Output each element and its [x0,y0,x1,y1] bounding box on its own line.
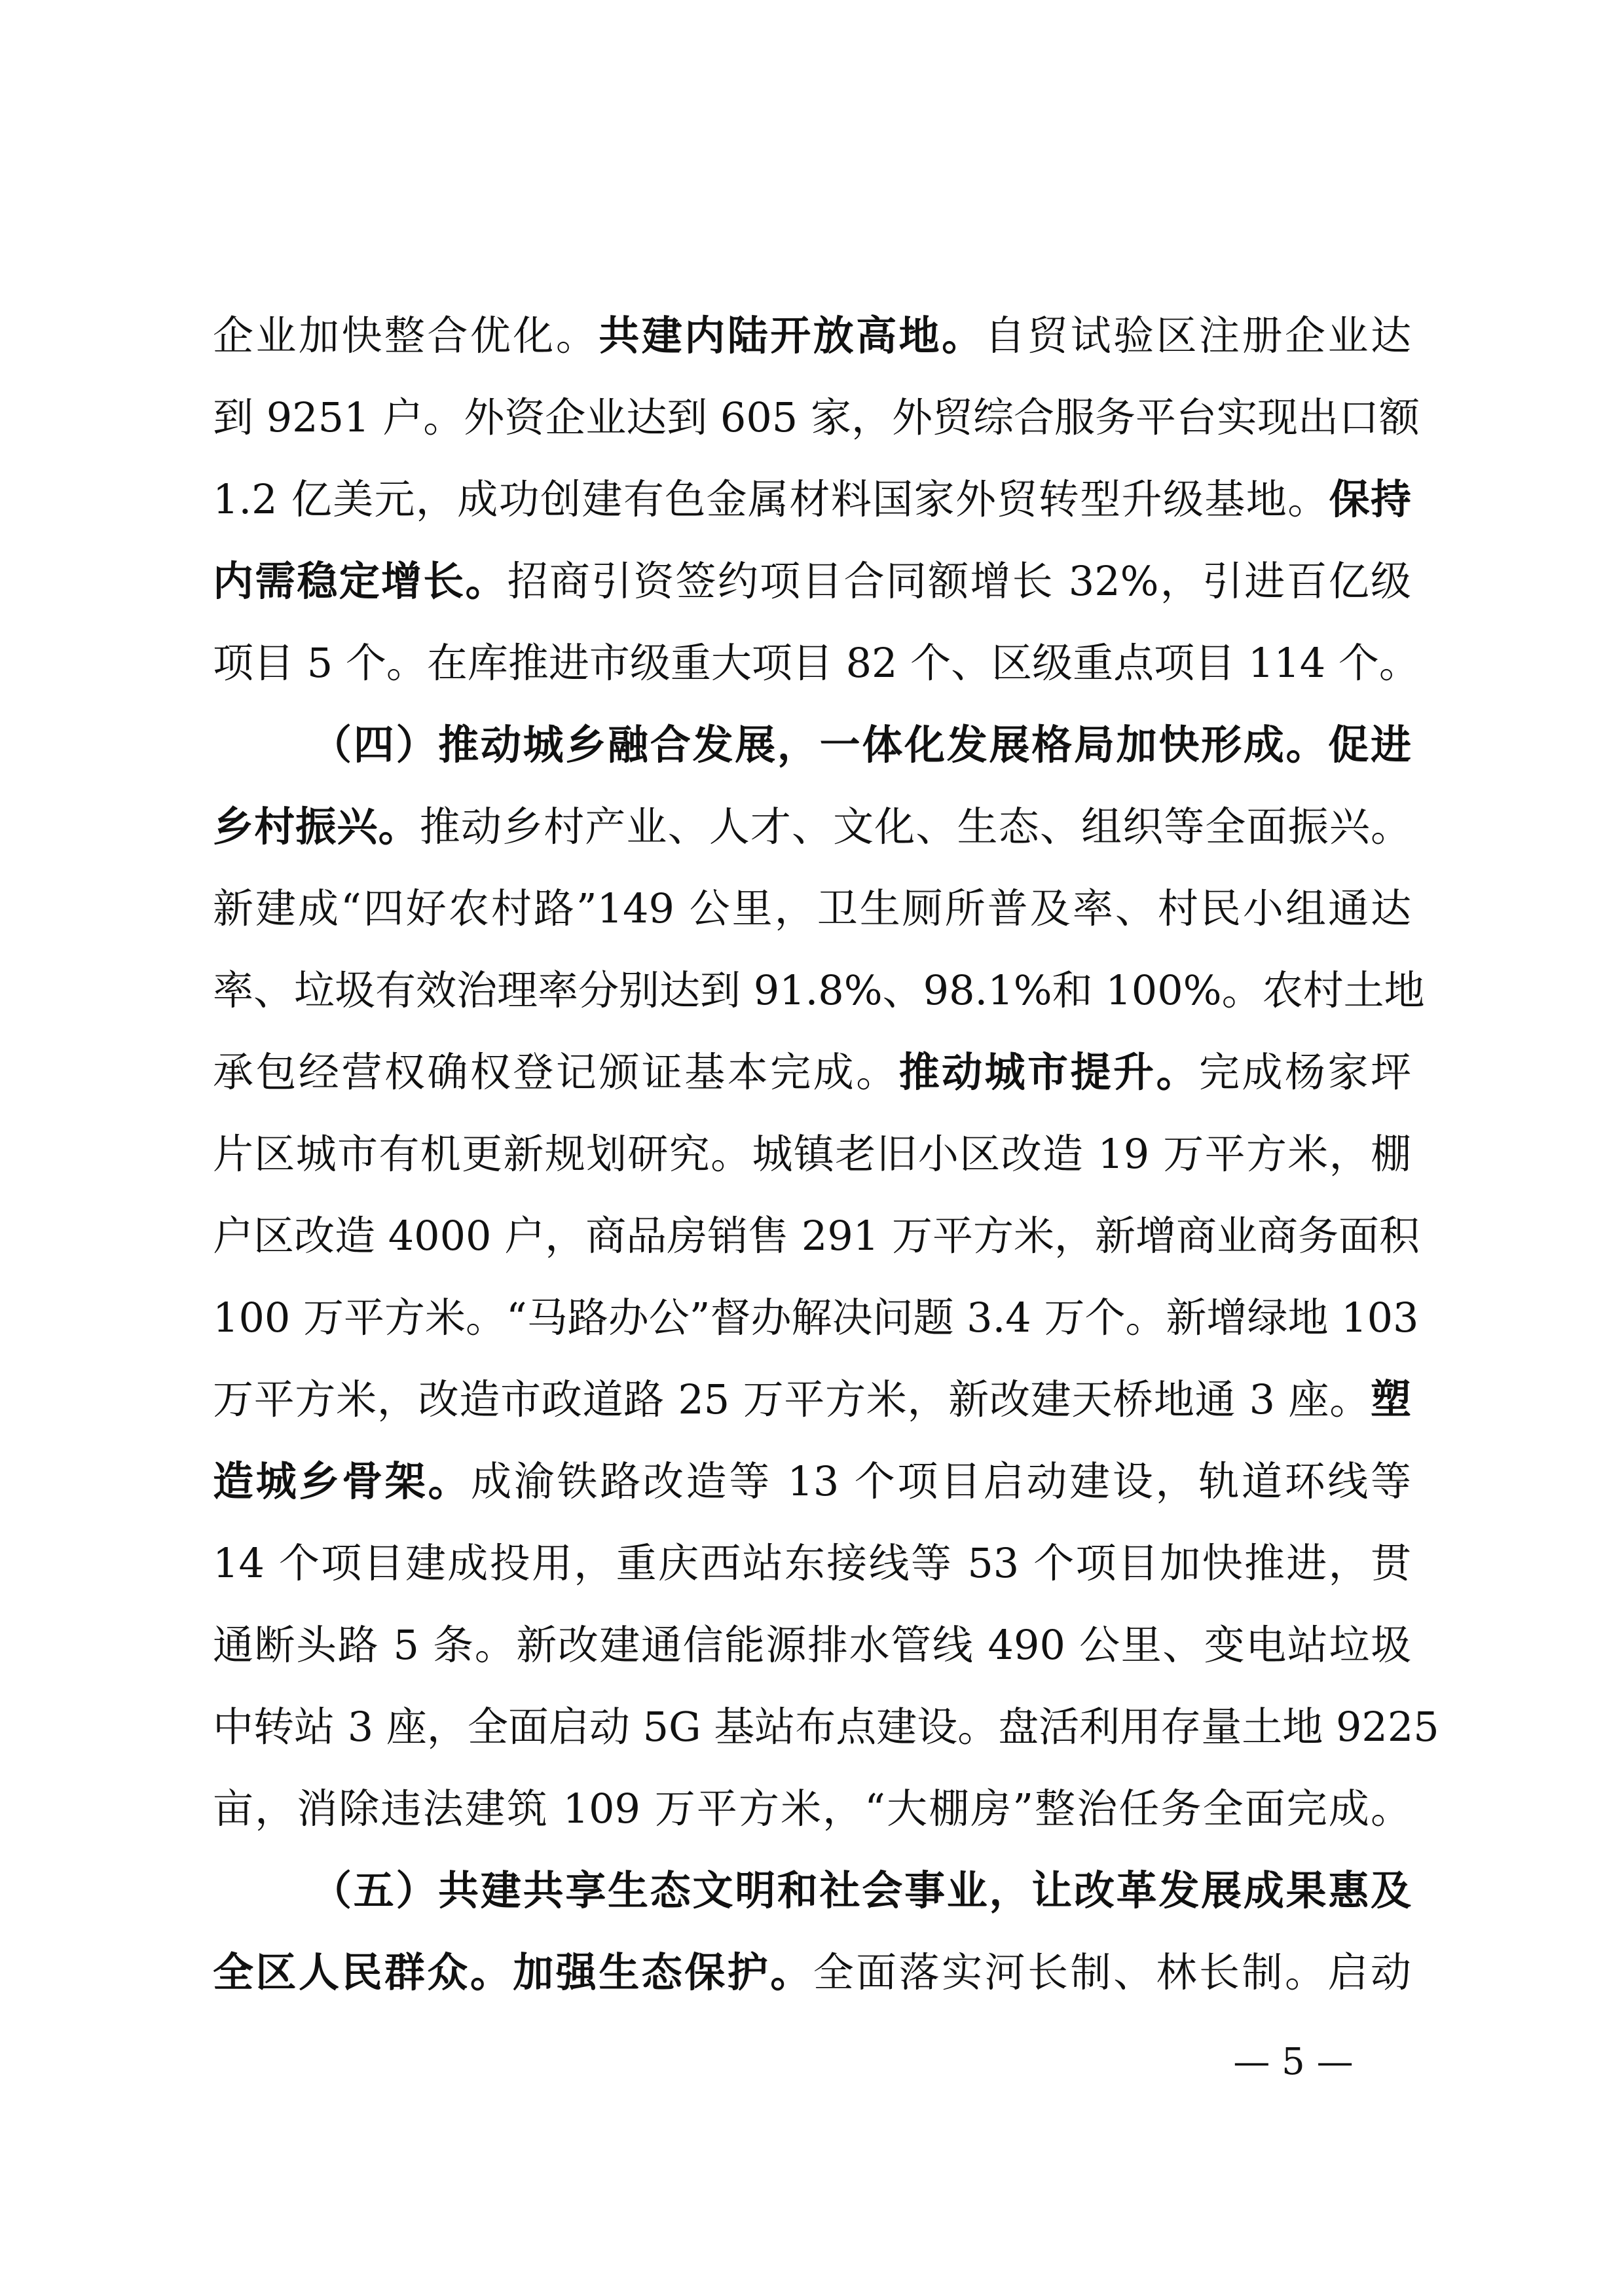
heading-inline: 造城乡骨架。 [213,1457,471,1505]
text-line-2: 到 9251 户。外资企业达到 605 家，外贸综合服务平台实现出口额 [213,376,1411,458]
text-segment: 企业加快整合优化。 [213,312,599,359]
text-segment: 新建成“四好农村路”149 公里，卫生厕所普及率、村民小组通达 [213,884,1411,932]
text-line-11: 片区城市有机更新规划研究。城镇老旧小区改造 19 万平方米，棚 [213,1113,1411,1195]
document-page: 企业加快整合优化。共建内陆开放高地。自贸试验区注册企业达 到 9251 户。外资… [0,0,1624,2296]
text-line-8: 新建成“四好农村路”149 公里，卫生厕所普及率、村民小组通达 [213,867,1411,949]
heading-inline: 推动城市提升。 [899,1048,1199,1096]
section-heading-4: （四）推动城乡融合发展，一体化发展格局加快形成。促进 [213,704,1411,786]
text-segment: 承包经营权确权登记颁证基本完成。 [213,1048,899,1096]
text-segment: 通断头路 5 条。新改建通信能源排水管线 490 公里、变电站垃圾 [213,1621,1411,1669]
text-segment: 中转站 3 座，全面启动 5G 基站布点建设。盘活利用存量土地 9225 [213,1703,1439,1751]
text-line-17: 通断头路 5 条。新改建通信能源排水管线 490 公里、变电站垃圾 [213,1604,1411,1686]
text-line-18: 中转站 3 座，全面启动 5G 基站布点建设。盘活利用存量土地 9225 [213,1686,1411,1768]
text-line-21: 全区人民群众。加强生态保护。全面落实河长制、林长制。启动 [213,1931,1411,2013]
text-segment: 招商引资签约项目合同额增长 32%，引进百亿级 [507,557,1411,605]
text-segment: 到 9251 户。外资企业达到 605 家，外贸综合服务平台实现出口额 [213,393,1420,441]
text-line-14: 万平方米，改造市政道路 25 万平方米，新改建天桥地通 3 座。塑 [213,1358,1411,1440]
section-heading-5: （五）共建共享生态文明和社会事业，让改革发展成果惠及 [213,1850,1411,1931]
text-segment: 亩，消除违法建筑 109 万平方米，“大棚房”整治任务全面完成。 [213,1785,1411,1832]
text-line-12: 户区改造 4000 户，商品房销售 291 万平方米，新增商业商务面积 [213,1195,1411,1277]
text-segment: 100 万平方米。“马路办公”督办解决问题 3.4 万个。新增绿地 103 [213,1294,1419,1341]
text-segment: 自贸试验区注册企业达 [985,312,1411,359]
text-line-19: 亩，消除违法建筑 109 万平方米，“大棚房”整治任务全面完成。 [213,1768,1411,1850]
heading-inline: 乡村振兴。 [213,803,420,850]
text-line-9: 率、垃圾有效治理率分别达到 91.8%、98.1%和 100%。农村土地 [213,949,1411,1031]
text-segment: 项目 5 个。在库推进市级重大项目 82 个、区级重点项目 114 个。 [213,639,1420,687]
text-line-16: 14 个项目建成投用，重庆西站东接线等 53 个项目加快推进，贯 [213,1522,1411,1604]
text-segment: 完成杨家坪 [1199,1048,1411,1096]
text-line-5: 项目 5 个。在库推进市级重大项目 82 个、区级重点项目 114 个。 [213,622,1411,704]
text-segment: 率、垃圾有效治理率分别达到 91.8%、98.1%和 100%。农村土地 [213,966,1425,1014]
page-number: — 5 — [1218,2036,1369,2088]
text-segment: 1.2 亿美元，成功创建有色金属材料国家外贸转型升级基地。 [213,475,1329,523]
heading-inline: 共建内陆开放高地。 [599,312,984,359]
text-line-4: 内需稳定增长。招商引资签约项目合同额增长 32%，引进百亿级 [213,540,1411,622]
text-segment: 万平方米，改造市政道路 25 万平方米，新改建天桥地通 3 座。 [213,1376,1371,1423]
section-heading-text: （四）推动城乡融合发展，一体化发展格局加快形成。 [311,721,1328,769]
text-segment: 片区城市有机更新规划研究。城镇老旧小区改造 19 万平方米，棚 [213,1130,1411,1178]
text-line-15: 造城乡骨架。成渝铁路改造等 13 个项目启动建设，轨道环线等 [213,1440,1411,1522]
text-line-7: 乡村振兴。推动乡村产业、人才、文化、生态、组织等全面振兴。 [213,786,1411,867]
heading-inline: 促进 [1328,721,1411,769]
text-segment: 14 个项目建成投用，重庆西站东接线等 53 个项目加快推进，贯 [213,1539,1411,1587]
section-heading-text: （五）共建共享生态文明和社会事业，让改革发展成果惠及 [311,1867,1411,1914]
heading-inline: 加强生态保护。 [513,1948,813,1996]
heading-inline: 内需稳定增长。 [213,557,507,605]
heading-inline: 塑 [1371,1376,1411,1423]
text-segment: 全面落实河长制、林长制。启动 [813,1948,1411,1996]
text-line-1: 企业加快整合优化。共建内陆开放高地。自贸试验区注册企业达 [213,295,1411,376]
text-line-10: 承包经营权确权登记颁证基本完成。推动城市提升。完成杨家坪 [213,1031,1411,1113]
heading-inline: 全区人民群众。 [213,1948,513,1996]
text-line-3: 1.2 亿美元，成功创建有色金属材料国家外贸转型升级基地。保持 [213,458,1411,540]
text-segment: 成渝铁路改造等 13 个项目启动建设，轨道环线等 [471,1457,1411,1505]
heading-inline: 保持 [1329,475,1411,523]
text-segment: 户区改造 4000 户，商品房销售 291 万平方米，新增商业商务面积 [213,1212,1420,1260]
text-line-13: 100 万平方米。“马路办公”督办解决问题 3.4 万个。新增绿地 103 [213,1277,1411,1358]
text-segment: 推动乡村产业、人才、文化、生态、组织等全面振兴。 [420,803,1411,850]
